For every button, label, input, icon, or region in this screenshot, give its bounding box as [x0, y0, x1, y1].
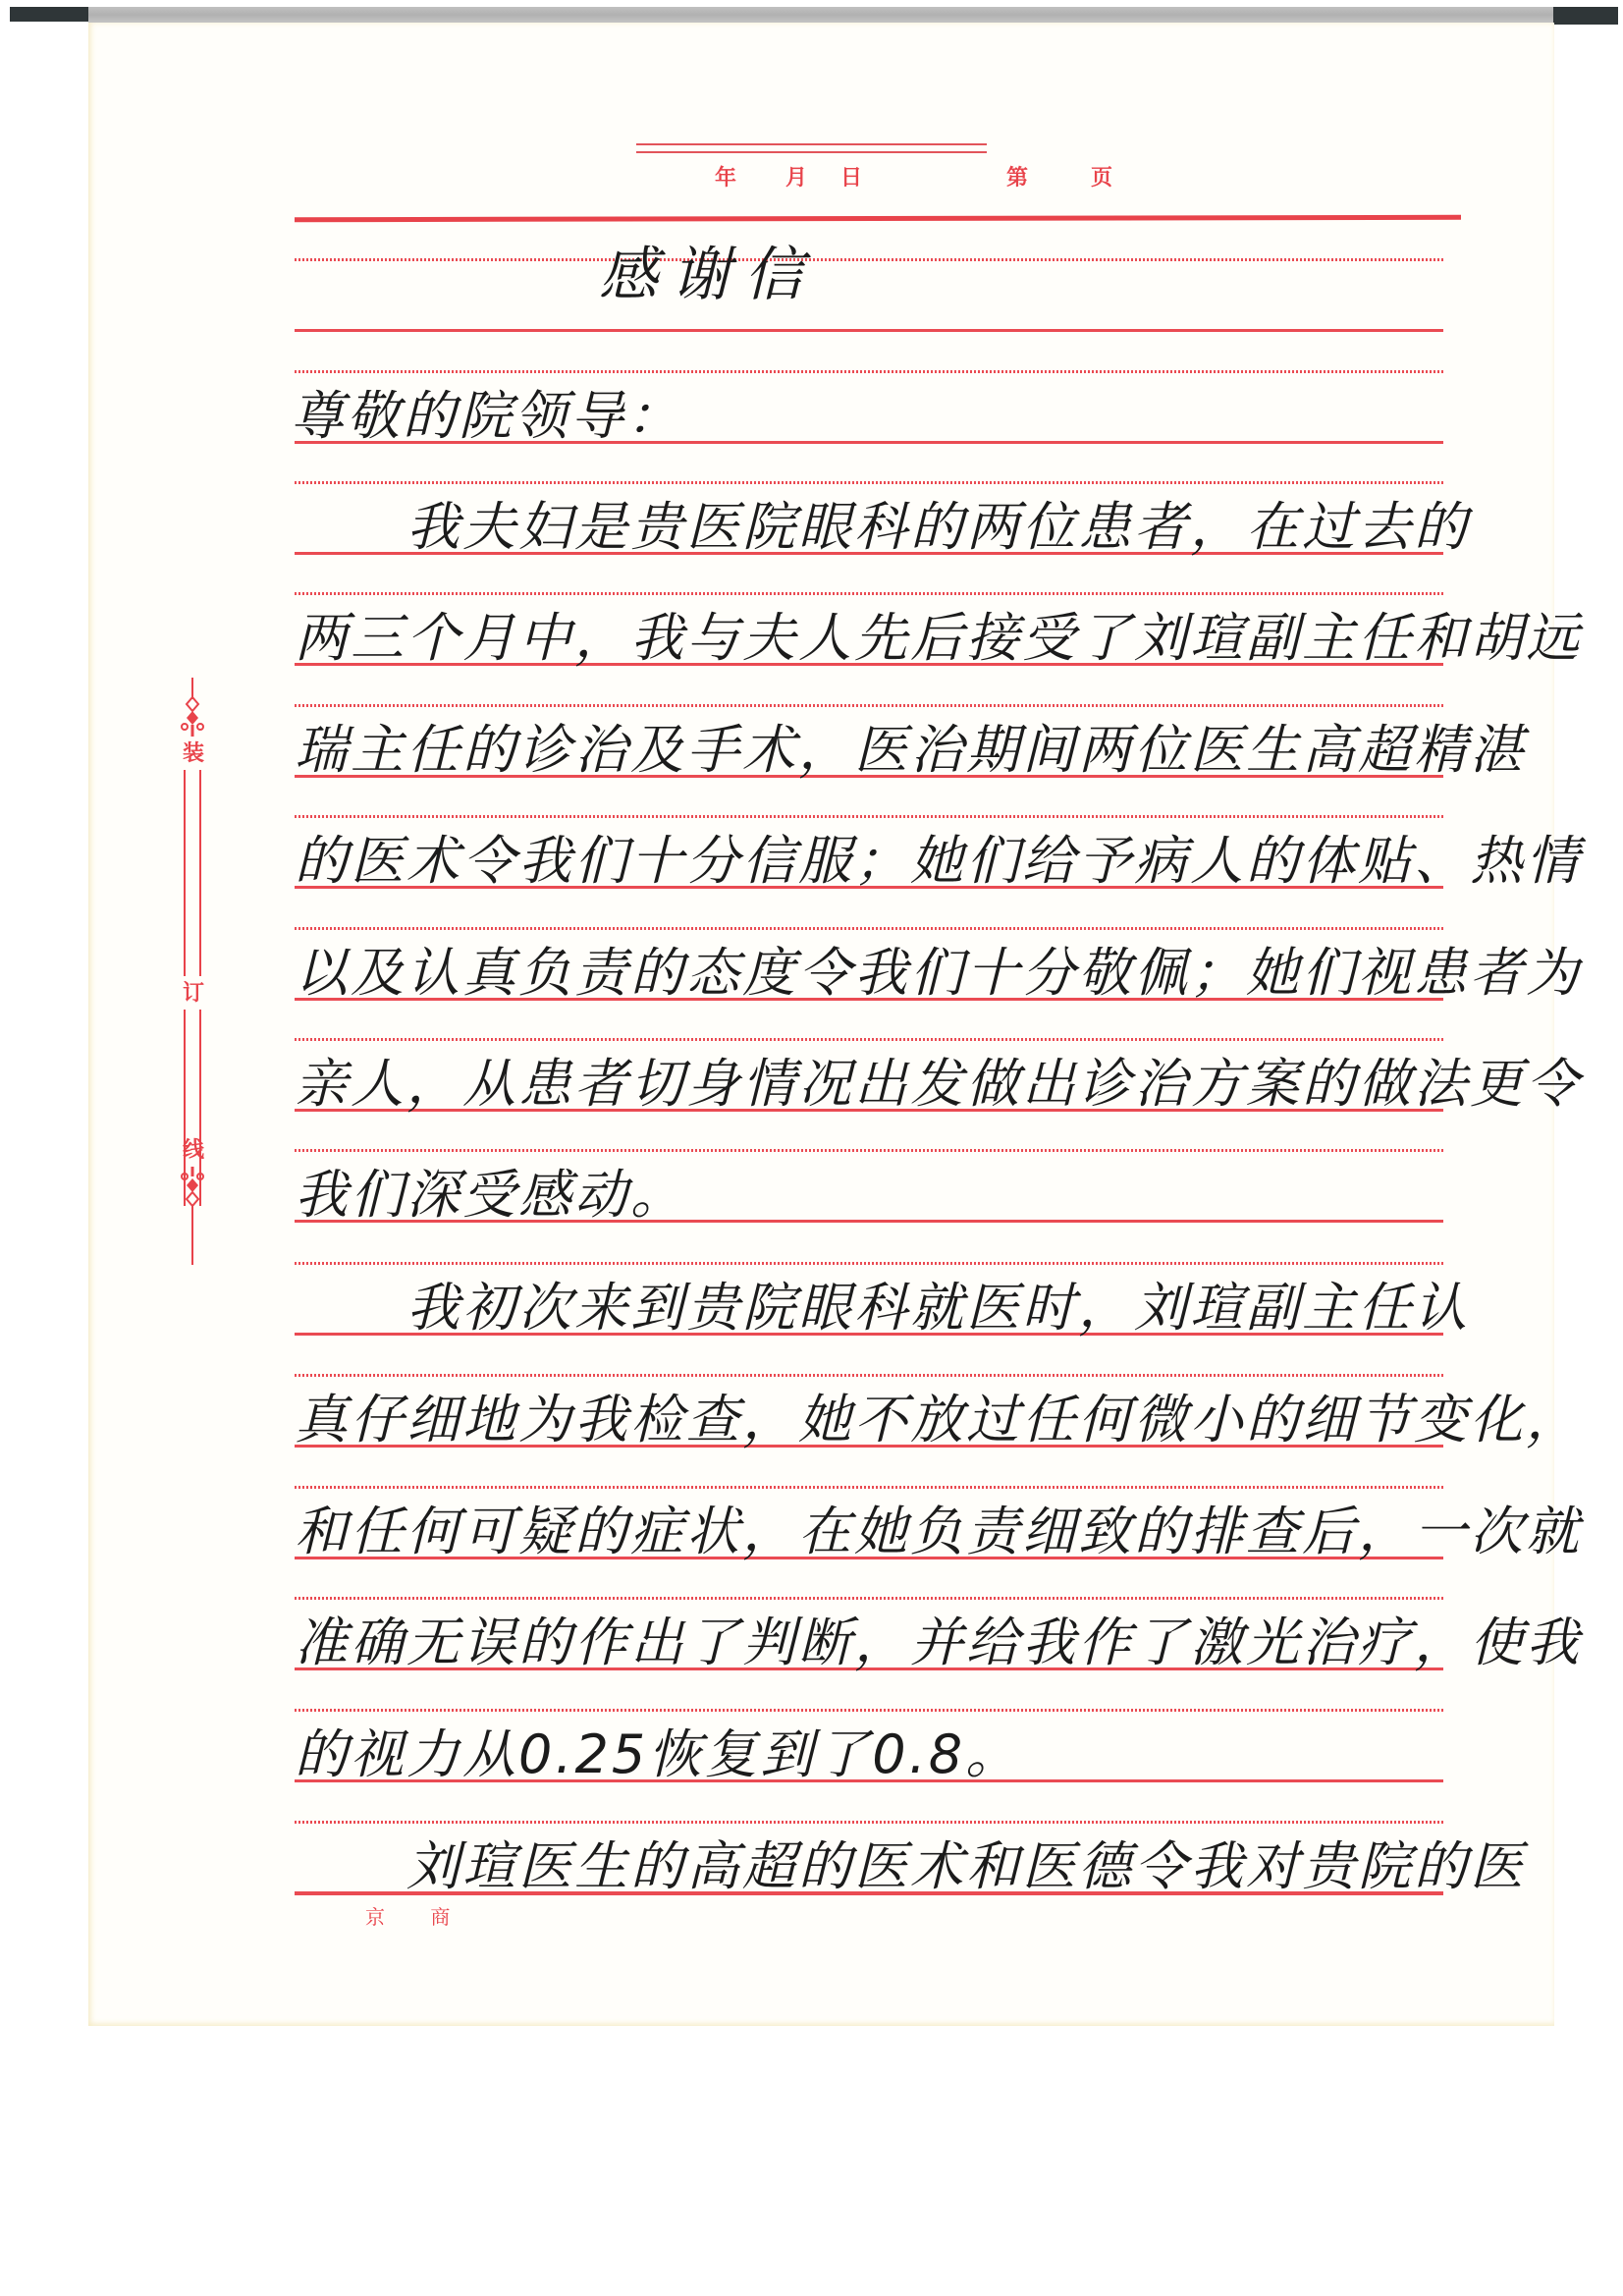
ruled-row-10: 我初次来到贵院眼科就医时，刘瑄副主任认 — [295, 1262, 1443, 1373]
dotted-rule — [295, 1038, 1443, 1041]
ruled-row-13: 准确无误的作出了判断，并给我作了激光治疗，使我 — [295, 1597, 1443, 1708]
letter-line: 两三个月中，我与夫人先后接受了刘瑄副主任和胡远 — [295, 606, 1473, 671]
scanner-edge-left — [10, 7, 88, 22]
month-label: 月 — [785, 167, 807, 189]
dotted-rule — [295, 370, 1443, 373]
binding-line-top — [191, 678, 193, 699]
dotted-rule — [295, 258, 1443, 261]
dotted-rule — [295, 704, 1443, 707]
year-label: 年 — [715, 167, 736, 189]
ruled-row-5: 瑞主任的诊治及手术，医治期间两位医生高超精湛 — [295, 704, 1443, 815]
ruled-row-6: 的医术令我们十分信服；她们给予病人的体贴、热情 — [295, 815, 1443, 926]
scanner-strip — [88, 7, 1553, 23]
dotted-rule — [295, 1486, 1443, 1489]
dotted-rule — [295, 1149, 1443, 1152]
ruled-row-4: 两三个月中，我与夫人先后接受了刘瑄副主任和胡远 — [295, 592, 1443, 703]
dotted-rule — [295, 927, 1443, 930]
header-double-line-top — [636, 143, 987, 145]
ruled-row-11: 真仔细地为我检查，她不放过任何微小的细节变化， — [295, 1374, 1443, 1485]
ruled-row-7: 以及认真负责的态度令我们十分敬佩；她们视患者为 — [295, 927, 1443, 1038]
dotted-rule — [295, 592, 1443, 595]
dotted-rule — [295, 1374, 1443, 1377]
letter-line: 和任何可疑的症状，在她负责细致的排查后，一次就 — [295, 1500, 1473, 1564]
salutation: 尊敬的院领导： — [291, 384, 1469, 449]
letter-line: 亲人，从患者切身情况出发做出诊治方案的做法更令 — [295, 1052, 1473, 1117]
page-prefix-label: 第 — [1006, 167, 1028, 189]
day-label: 日 — [840, 167, 862, 189]
dotted-rule — [295, 815, 1443, 818]
letter-line: 以及认真负责的态度令我们十分敬佩；她们视患者为 — [295, 941, 1473, 1006]
binding-line-bottom — [191, 1206, 193, 1265]
binding-char-xian: 线 — [182, 1139, 205, 1161]
letter-line: 我们深受感动。 — [295, 1163, 1473, 1228]
ruled-row-3: 我夫妇是贵医院眼科的两位患者，在过去的 — [295, 481, 1443, 592]
page-suffix-label: 页 — [1091, 167, 1112, 189]
printer-mark: 京 商 — [365, 1907, 469, 1927]
dotted-rule — [295, 1597, 1443, 1600]
binding-ornament-top-icon — [180, 697, 205, 737]
ruled-row-9: 我们深受感动。 — [295, 1149, 1443, 1260]
binding-char-zhuang: 装 — [182, 742, 205, 764]
binding-margin: 装 订 线 — [165, 678, 220, 1277]
scanner-edge-right — [1553, 7, 1618, 25]
ruled-row-8: 亲人，从患者切身情况出发做出诊治方案的做法更令 — [295, 1038, 1443, 1149]
ruled-row-12: 和任何可疑的症状，在她负责细致的排查后，一次就 — [295, 1486, 1443, 1597]
letter-line: 刘瑄医生的高超的医术和医德令我对贵院的医 — [295, 1834, 1473, 1899]
binding-line-left-1 — [184, 770, 186, 976]
dotted-rule — [295, 1262, 1443, 1265]
binding-line-right-1 — [199, 770, 201, 976]
letter-line: 真仔细地为我检查，她不放过任何微小的细节变化， — [295, 1388, 1473, 1452]
ruled-row-14: 的视力从0.25恢复到了0.8。 — [295, 1709, 1443, 1820]
letter-line: 我初次来到贵院眼科就医时，刘瑄副主任认 — [295, 1276, 1473, 1340]
dotted-rule — [295, 1821, 1443, 1824]
letter-line: 的视力从0.25恢复到了0.8。 — [295, 1722, 1473, 1787]
letter-line: 我夫妇是贵医院眼科的两位患者，在过去的 — [295, 495, 1473, 560]
ruled-row-1 — [295, 258, 1443, 369]
letter-title: 感谢信 — [599, 246, 817, 304]
dotted-rule — [295, 481, 1443, 484]
letter-line: 准确无误的作出了判断，并给我作了激光治疗，使我 — [295, 1611, 1473, 1675]
letter-line: 的医术令我们十分信服；她们给予病人的体贴、热情 — [295, 829, 1473, 894]
solid-rule — [295, 329, 1443, 332]
ruled-row-2: 尊敬的院领导： — [295, 370, 1443, 481]
binding-char-ding: 订 — [182, 982, 205, 1004]
letter-line: 瑞主任的诊治及手术，医治期间两位医生高超精湛 — [295, 718, 1473, 783]
dotted-rule — [295, 1709, 1443, 1712]
binding-ornament-bottom-icon — [180, 1167, 205, 1206]
header-double-line-bottom — [636, 151, 987, 153]
